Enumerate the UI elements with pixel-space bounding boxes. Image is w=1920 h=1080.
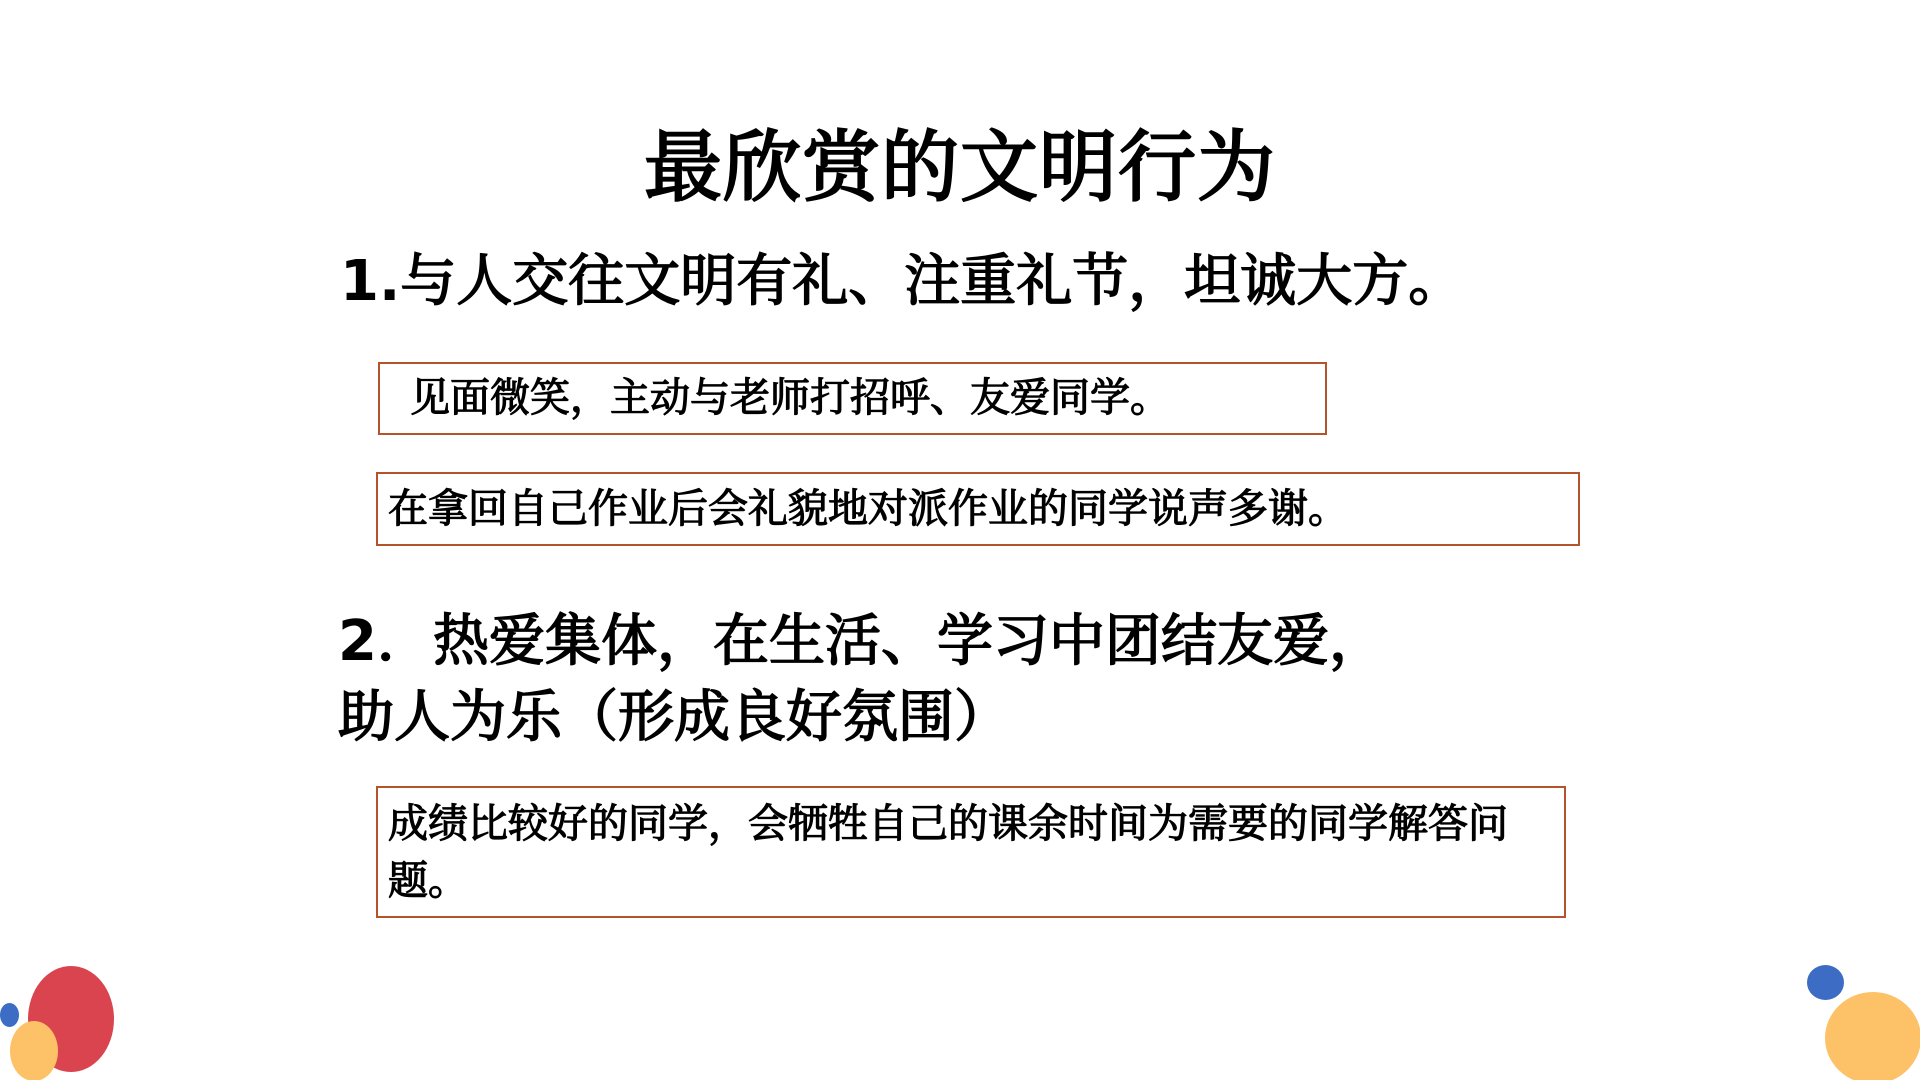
decor-yellow-big-circle-icon [1825,992,1920,1080]
section-2-heading: 2．热爱集体，在生活、学习中团结友爱， 助人为乐（形成良好氛围） [338,604,1385,756]
example-text-2: 在拿回自己作业后会礼貌地对派作业的同学说声多谢。 [388,486,1348,532]
example-box-2: 在拿回自己作业后会礼貌地对派作业的同学说声多谢。 [376,472,1580,546]
example-text-1: 见面微笑，主动与老师打招呼、友爱同学。 [410,375,1170,421]
slide-title: 最欣赏的文明行为 [0,118,1920,218]
decor-blue-circle-icon [1807,965,1844,1000]
example-box-3: 成绩比较好的同学，会牺牲自己的课余时间为需要的同学解答问题。 [376,786,1566,918]
example-text-3: 成绩比较好的同学，会牺牲自己的课余时间为需要的同学解答问题。 [388,801,1508,904]
section-2-heading-line1: 2．热爱集体，在生活、学习中团结友爱， [338,604,1385,680]
example-box-1: 见面微笑，主动与老师打招呼、友爱同学。 [378,362,1327,435]
section-1-heading: 1.与人交往文明有礼、注重礼节，坦诚大方。 [340,244,1464,320]
decor-yellow-circle-icon [10,1021,58,1080]
section-2-heading-line2: 助人为乐（形成良好氛围） [338,680,1385,756]
decor-blue-dot-icon [0,1003,19,1027]
